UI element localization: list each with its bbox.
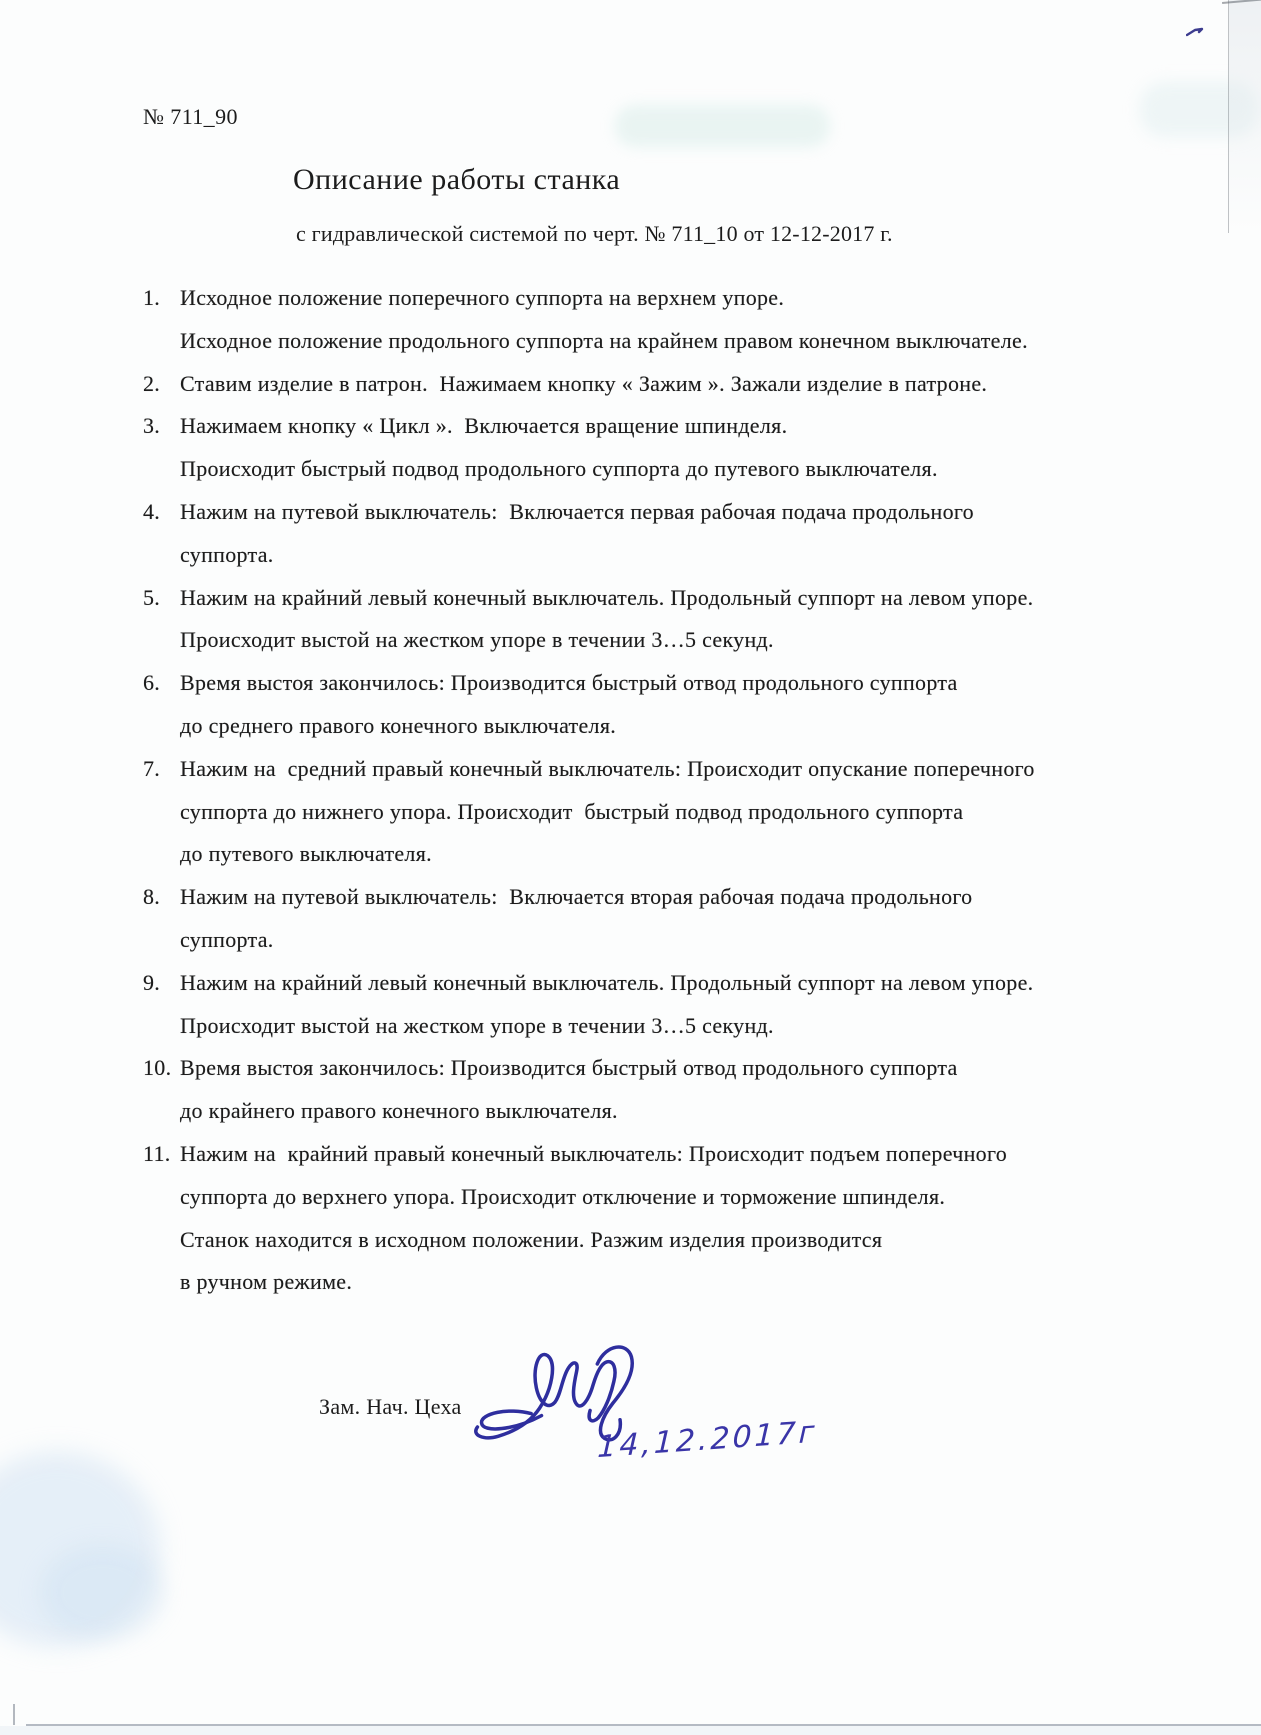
list-item-text: суппорта.	[180, 927, 274, 952]
list-item-number: 6.	[143, 662, 180, 705]
list-item-text: Исходное положение продольного суппорта …	[180, 328, 1028, 353]
list-item-line: 6.Время выстоя закончилось: Производится…	[0, 662, 1261, 705]
list-item-text: до крайнего правого конечного выключател…	[180, 1098, 618, 1123]
list-item-text: Происходит выстой на жестком упоре в теч…	[180, 627, 774, 652]
list-item-line: 10.Время выстоя закончилось: Производитс…	[0, 1047, 1261, 1090]
list-item-text: Нажим на путевой выключатель: Включается…	[180, 499, 974, 524]
document-number: № 711_90	[143, 104, 238, 130]
list-item-number: 11.	[143, 1133, 180, 1176]
list-item-line: Происходит выстой на жестком упоре в теч…	[0, 1005, 1261, 1048]
pen-mark-icon	[1186, 24, 1206, 38]
list-item-text: Нажим на крайний левый конечный выключат…	[180, 970, 1033, 995]
list-item-number: 7.	[143, 748, 180, 791]
scan-smudge	[615, 105, 830, 147]
list-item-number: 2.	[143, 363, 180, 406]
list-item-line: до крайнего правого конечного выключател…	[0, 1090, 1261, 1133]
list-item-text: Происходит выстой на жестком упоре в теч…	[180, 1013, 774, 1038]
list-item-line: 9.Нажим на крайний левый конечный выключ…	[0, 962, 1261, 1005]
list-item-line: 3.Нажимаем кнопку « Цикл ». Включается в…	[0, 405, 1261, 448]
scan-edge-shade	[1229, 0, 1261, 233]
signer-role-label: Зам. Нач. Цеха	[319, 1394, 462, 1420]
list-item-number: 5.	[143, 577, 180, 620]
scan-smudge	[40, 1545, 165, 1640]
list-item-number: 10.	[143, 1047, 180, 1090]
list-item-number: 9.	[143, 962, 180, 1005]
list-item-line: Происходит выстой на жестком упоре в теч…	[0, 619, 1261, 662]
list-item-text: Нажим на средний правый конечный выключа…	[180, 756, 1035, 781]
list-item-text: суппорта до нижнего упора. Происходит бы…	[180, 799, 963, 824]
list-item-text: в ручном режиме.	[180, 1269, 352, 1294]
list-item-number: 4.	[143, 491, 180, 534]
list-item-line: 7.Нажим на средний правый конечный выклю…	[0, 748, 1261, 791]
list-item-line: 8.Нажим на путевой выключатель: Включает…	[0, 876, 1261, 919]
list-item-line: 11.Нажим на крайний правый конечный выкл…	[0, 1133, 1261, 1176]
list-item-line: суппорта до верхнего упора. Происходит о…	[0, 1176, 1261, 1219]
list-item-text: суппорта до верхнего упора. Происходит о…	[180, 1184, 945, 1209]
list-item-text: до путевого выключателя.	[180, 841, 432, 866]
list-item-line: 2.Ставим изделие в патрон. Нажимаем кноп…	[0, 363, 1261, 406]
list-item-line: суппорта.	[0, 919, 1261, 962]
list-item-number: 3.	[143, 405, 180, 448]
list-item-text: Нажим на крайний левый конечный выключат…	[180, 585, 1033, 610]
list-item-text: суппорта.	[180, 542, 274, 567]
list-item-text: Исходное положение поперечного суппорта …	[180, 285, 784, 310]
list-item-text: Нажим на крайний правый конечный выключа…	[180, 1141, 1007, 1166]
scan-page-bottom-edge	[26, 1724, 1261, 1726]
list-item-line: Исходное положение продольного суппорта …	[0, 320, 1261, 363]
list-item-line: суппорта.	[0, 534, 1261, 577]
list-item-line: до путевого выключателя.	[0, 833, 1261, 876]
scan-smudge	[0, 1452, 160, 1647]
list-item-text: Происходит быстрый подвод продольного су…	[180, 456, 938, 481]
list-item-text: Время выстоя закончилось: Производится б…	[180, 1055, 958, 1080]
list-item-number: 8.	[143, 876, 180, 919]
list-item-line: 1.Исходное положение поперечного суппорт…	[0, 277, 1261, 320]
list-item-text: Нажим на путевой выключатель: Включается…	[180, 884, 972, 909]
instruction-list: 1.Исходное положение поперечного суппорт…	[0, 277, 1261, 1304]
list-item-text: Нажимаем кнопку « Цикл ». Включается вра…	[180, 413, 787, 438]
document-title: Описание работы станка	[293, 163, 620, 197]
list-item-text: до среднего правого конечного выключател…	[180, 713, 616, 738]
list-item-line: суппорта до нижнего упора. Происходит бы…	[0, 791, 1261, 834]
list-item-line: до среднего правого конечного выключател…	[0, 705, 1261, 748]
list-item-line: в ручном режиме.	[0, 1261, 1261, 1304]
list-item-text: Ставим изделие в патрон. Нажимаем кнопку…	[180, 371, 987, 396]
list-item-line: 5.Нажим на крайний левый конечный выключ…	[0, 577, 1261, 620]
list-item-number: 1.	[143, 277, 180, 320]
document-subtitle: с гидравлической системой по черт. № 711…	[296, 221, 893, 247]
list-item-line: Станок находится в исходном положении. Р…	[0, 1219, 1261, 1262]
scan-edge-shade	[0, 1726, 1261, 1735]
list-item-text: Время выстоя закончилось: Производится б…	[180, 670, 958, 695]
list-item-line: 4.Нажим на путевой выключатель: Включает…	[0, 491, 1261, 534]
list-item-line: Происходит быстрый подвод продольного су…	[0, 448, 1261, 491]
list-item-text: Станок находится в исходном положении. Р…	[180, 1227, 882, 1252]
scan-page-right-edge	[1228, 0, 1229, 233]
scan-edge-mark	[13, 1704, 15, 1725]
scanned-document-page: № 711_90 Описание работы станка с гидрав…	[0, 0, 1261, 1735]
